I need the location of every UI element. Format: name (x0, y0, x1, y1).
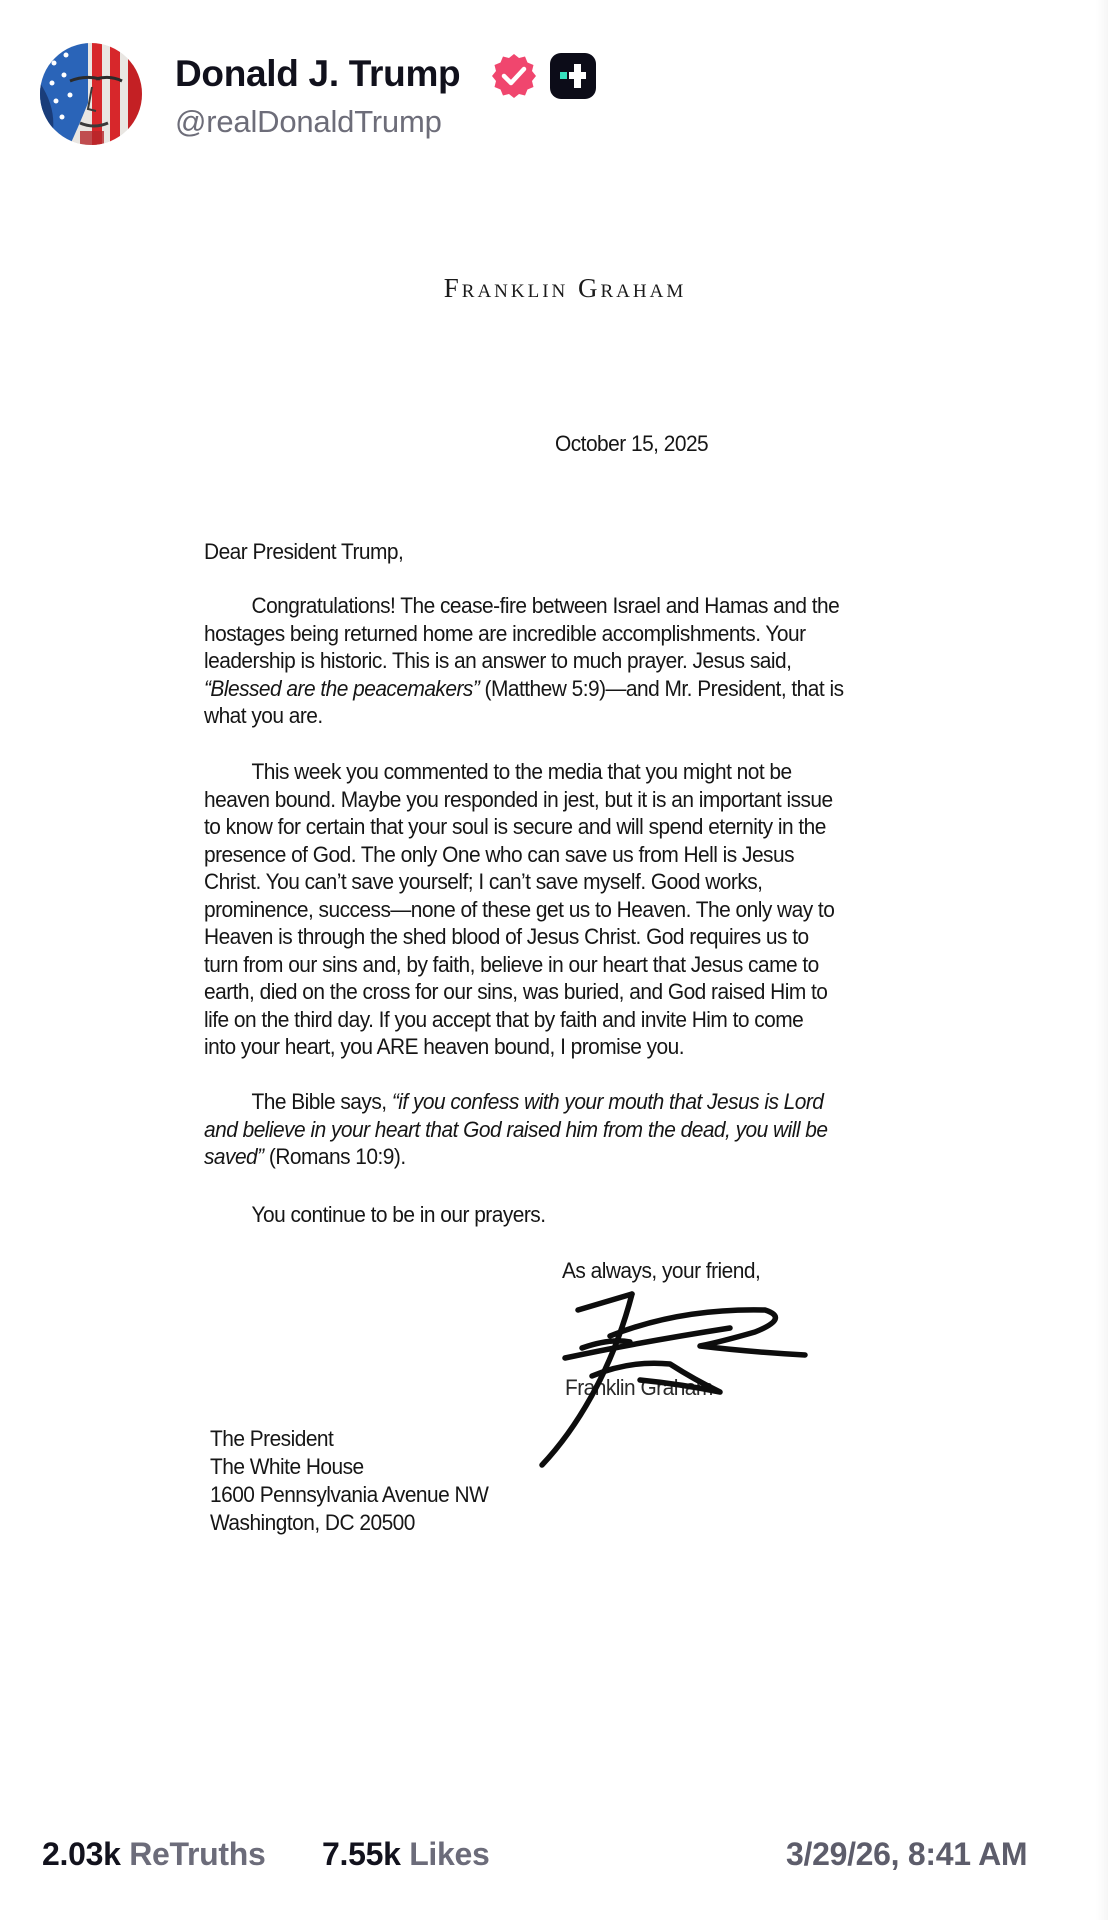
address-line: The White House (210, 1453, 488, 1481)
letter-line: You continue to be in our prayers. (204, 1201, 546, 1229)
letter-line: heaven bound. Maybe you responded in jes… (204, 786, 834, 814)
letter-line: leadership is historic. This is an answe… (204, 647, 844, 675)
letter-paragraph-4: You continue to be in our prayers. (204, 1201, 546, 1229)
letter-line: turn from our sins and, by faith, believ… (204, 951, 834, 979)
letter-date: October 15, 2025 (555, 430, 708, 458)
letter-line-mixed: The Bible says, “if you confess with you… (204, 1088, 827, 1116)
italic-quote: saved” (204, 1144, 264, 1169)
letter-salutation: Dear President Trump, (204, 538, 403, 566)
letter-line: to know for certain that your soul is se… (204, 813, 834, 841)
likes-label: Likes (409, 1836, 489, 1872)
letter-line: into your heart, you ARE heaven bound, I… (204, 1033, 834, 1061)
letter-line-mixed: “Blessed are the peacemakers” (Matthew 5… (204, 675, 844, 703)
address-line: The President (210, 1425, 488, 1453)
letter-paragraph-3: The Bible says, “if you confess with you… (204, 1088, 827, 1171)
flag-portrait-avatar-icon (40, 43, 142, 145)
verified-badge-icon (490, 52, 538, 100)
likes-count[interactable]: 7.55k Likes (322, 1834, 490, 1874)
avatar[interactable] (40, 43, 142, 145)
post-timestamp[interactable]: 3/29/26, 8:41 AM (786, 1834, 1027, 1874)
address-line: Washington, DC 20500 (210, 1509, 488, 1537)
likes-number: 7.55k (322, 1836, 401, 1872)
user-handle[interactable]: @realDonaldTrump (175, 103, 442, 141)
letter-line: Heaven is through the shed blood of Jesu… (204, 923, 834, 951)
retruths-number: 2.03k (42, 1836, 121, 1872)
letter-line: presence of God. The only One who can sa… (204, 841, 834, 869)
letter-line: This week you commented to the media tha… (204, 758, 834, 786)
retruths-label: ReTruths (129, 1836, 265, 1872)
letter-line: earth, died on the cross for our sins, w… (204, 978, 834, 1006)
letter-line: hostages being returned home are incredi… (204, 620, 844, 648)
letterhead: Franklin Graham (390, 273, 740, 304)
truth-social-logo-icon[interactable] (550, 53, 596, 99)
letter-line-mixed: saved” (Romans 10:9). (204, 1143, 827, 1171)
italic-quote: “Blessed are the peacemakers” (204, 676, 479, 701)
letter-line: Christ. You can’t save yourself; I can’t… (204, 868, 834, 896)
letter-line: Congratulations! The cease-fire between … (204, 592, 844, 620)
letter-line: what you are. (204, 702, 844, 730)
letter-line: life on the third day. If you accept tha… (204, 1006, 834, 1034)
retruths-count[interactable]: 2.03k ReTruths (42, 1834, 265, 1874)
display-name[interactable]: Donald J. Trump (175, 52, 460, 96)
letter-paragraph-1: Congratulations! The cease-fire between … (204, 592, 844, 730)
italic-quote: “if you confess with your mouth that Jes… (392, 1089, 824, 1114)
recipient-address: The President The White House 1600 Penns… (210, 1425, 488, 1537)
address-line: 1600 Pennsylvania Avenue NW (210, 1481, 488, 1509)
letter-line-mixed: and believe in your heart that God raise… (204, 1116, 827, 1144)
letter-image[interactable]: Franklin Graham October 15, 2025 Dear Pr… (0, 160, 1108, 1800)
italic-quote: and believe in your heart that God raise… (204, 1117, 827, 1142)
handwritten-signature-icon (520, 1280, 820, 1480)
letter-paragraph-2: This week you commented to the media tha… (204, 758, 834, 1061)
letter-line: prominence, success—none of these get us… (204, 896, 834, 924)
